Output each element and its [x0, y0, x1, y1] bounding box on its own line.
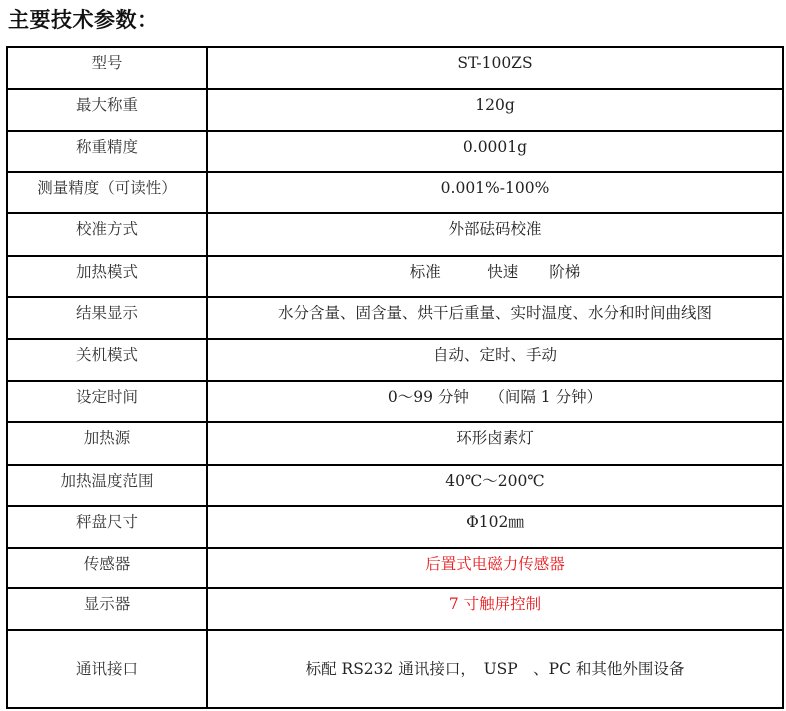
table-row: 测量精度（可读性） 0.001%-100% [7, 172, 783, 213]
row-value-measurement-precision: 0.001%-100% [207, 172, 783, 213]
row-label-weighing-precision: 称重精度 [7, 131, 207, 172]
row-label-communication-interface: 通讯接口 [7, 630, 207, 708]
row-value-max-weight: 120g [207, 89, 783, 131]
table-row: 显示器 7 寸触屏控制 [7, 588, 783, 630]
row-value-temperature-range: 40℃～200℃ [207, 465, 783, 506]
row-label-display: 显示器 [7, 588, 207, 630]
table-row: 加热源 环形卤素灯 [7, 422, 783, 465]
row-value-sensor: 后置式电磁力传感器 [207, 548, 783, 588]
row-label-max-weight: 最大称重 [7, 89, 207, 131]
table-row: 关机模式 自动、定时、手动 [7, 339, 783, 381]
row-label-sensor: 传感器 [7, 548, 207, 588]
row-label-calibration: 校准方式 [7, 213, 207, 256]
table-row: 结果显示 水分含量、固含量、烘干后重量、实时温度、水分和时间曲线图 [7, 297, 783, 339]
table-row: 加热模式 标准 快速 阶梯 [7, 256, 783, 297]
table-row: 校准方式 外部砝码校准 [7, 213, 783, 256]
section-heading: 主要技术参数： [8, 4, 159, 34]
row-value-pan-size: Φ102㎜ [207, 506, 783, 548]
row-value-shutdown-mode: 自动、定时、手动 [207, 339, 783, 381]
row-value-heat-source: 环形卤素灯 [207, 422, 783, 465]
table-row: 通讯接口 标配 RS232 通讯接口， USP 、PC 和其他外围设备 [7, 630, 783, 708]
table-row: 最大称重 120g [7, 89, 783, 131]
row-label-shutdown-mode: 关机模式 [7, 339, 207, 381]
row-value-heating-mode: 标准 快速 阶梯 [207, 256, 783, 297]
row-value-model: ST-100ZS [207, 47, 783, 89]
table-row: 传感器 后置式电磁力传感器 [7, 548, 783, 588]
table-row: 秤盘尺寸 Φ102㎜ [7, 506, 783, 548]
row-value-result-display: 水分含量、固含量、烘干后重量、实时温度、水分和时间曲线图 [207, 297, 783, 339]
row-value-calibration: 外部砝码校准 [207, 213, 783, 256]
row-label-heat-source: 加热源 [7, 422, 207, 465]
row-value-display: 7 寸触屏控制 [207, 588, 783, 630]
row-value-communication-interface: 标配 RS232 通讯接口， USP 、PC 和其他外围设备 [207, 630, 783, 708]
table-row: 加热温度范围 40℃～200℃ [7, 465, 783, 506]
row-label-result-display: 结果显示 [7, 297, 207, 339]
spec-table: 型号 ST-100ZS 最大称重 120g 称重精度 0.0001g 测量精度（… [6, 46, 784, 709]
row-label-measurement-precision: 测量精度（可读性） [7, 172, 207, 213]
row-value-weighing-precision: 0.0001g [207, 131, 783, 172]
table-row: 型号 ST-100ZS [7, 47, 783, 89]
row-label-model: 型号 [7, 47, 207, 89]
row-label-set-time: 设定时间 [7, 381, 207, 422]
row-label-temperature-range: 加热温度范围 [7, 465, 207, 506]
row-label-heating-mode: 加热模式 [7, 256, 207, 297]
table-row: 称重精度 0.0001g [7, 131, 783, 172]
row-label-pan-size: 秤盘尺寸 [7, 506, 207, 548]
row-value-set-time: 0～99 分钟 （间隔 1 分钟） [207, 381, 783, 422]
table-row: 设定时间 0～99 分钟 （间隔 1 分钟） [7, 381, 783, 422]
